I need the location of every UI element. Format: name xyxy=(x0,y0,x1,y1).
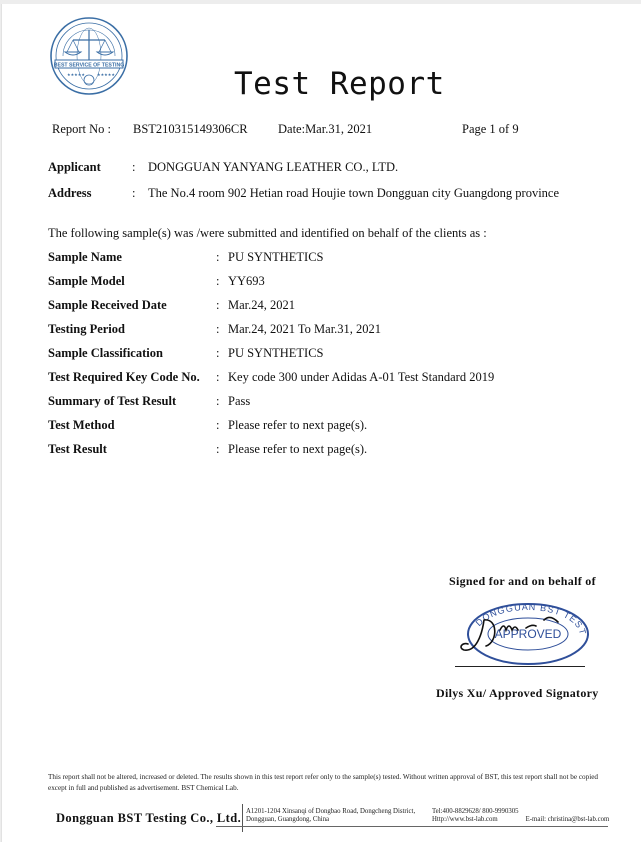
svg-text:APPROVED: APPROVED xyxy=(495,627,562,641)
signature-heading: Signed for and on behalf of xyxy=(449,574,596,589)
footer-website-link[interactable]: Http://www.bst-lab.com xyxy=(432,816,498,823)
detail-value: PU SYNTHETICS xyxy=(228,250,324,265)
approved-stamp-icon: DONGGUAN BST TESTING CO., LTD APPROVED xyxy=(454,600,596,666)
detail-colon: : xyxy=(216,274,219,289)
disclaimer-text: This report shall not be altered, increa… xyxy=(48,772,608,794)
detail-colon: : xyxy=(216,322,219,337)
detail-label: Test Method xyxy=(48,418,115,433)
address-value: The No.4 room 902 Hetian road Houjie tow… xyxy=(148,186,559,201)
footer-contact: Tel:400-8829628/ 800-9990305 Http://www.… xyxy=(432,808,609,824)
detail-value: Mar.24, 2021 To Mar.31, 2021 xyxy=(228,322,381,337)
detail-label: Sample Model xyxy=(48,274,125,289)
detail-value: Please refer to next page(s). xyxy=(228,442,367,457)
footer-address: A1201-1204 Xinsanqi of Dongbao Road, Don… xyxy=(246,808,415,824)
detail-value: Mar.24, 2021 xyxy=(228,298,295,313)
detail-colon: : xyxy=(216,250,219,265)
footer-company-name: Dongguan BST Testing Co., Ltd. xyxy=(56,811,241,826)
detail-label: Summary of Test Result xyxy=(48,394,176,409)
intro-text: The following sample(s) was /were submit… xyxy=(48,226,487,241)
bst-logo: BEST SERVICE OF TESTING ★★★★★ ★★★★★ xyxy=(49,16,129,96)
address-colon: : xyxy=(132,186,135,201)
detail-colon: : xyxy=(216,418,219,433)
signature-line xyxy=(455,666,585,667)
footer-tel: Tel:400-8829628/ 800-9990305 xyxy=(432,808,609,816)
report-page: BEST SERVICE OF TESTING ★★★★★ ★★★★★ Test… xyxy=(1,4,641,842)
applicant-label: Applicant xyxy=(48,160,101,175)
signatory-name: Dilys Xu/ Approved Signatory xyxy=(436,686,599,701)
detail-colon: : xyxy=(216,346,219,361)
detail-value: Key code 300 under Adidas A-01 Test Stan… xyxy=(228,370,494,385)
report-no-value: BST210315149306CR xyxy=(133,122,248,137)
svg-text:★★★★★: ★★★★★ xyxy=(67,72,85,77)
footer-address-line2: Dongguan, Guangdong, China xyxy=(246,816,415,824)
report-no-label: Report No : xyxy=(52,122,111,137)
page-indicator: Page 1 of 9 xyxy=(462,122,519,137)
detail-colon: : xyxy=(216,370,219,385)
svg-text:★★★★★: ★★★★★ xyxy=(97,72,115,77)
detail-colon: : xyxy=(216,442,219,457)
detail-label: Sample Classification xyxy=(48,346,163,361)
applicant-colon: : xyxy=(132,160,135,175)
svg-text:BEST SERVICE OF TESTING: BEST SERVICE OF TESTING xyxy=(54,63,125,69)
detail-label: Test Result xyxy=(48,442,107,457)
footer-divider-horizontal xyxy=(216,826,608,827)
page-title: Test Report xyxy=(234,66,445,102)
detail-value: Pass xyxy=(228,394,250,409)
footer-divider-vertical xyxy=(242,804,243,832)
detail-colon: : xyxy=(216,394,219,409)
detail-label: Test Required Key Code No. xyxy=(48,370,200,385)
footer-address-line1: A1201-1204 Xinsanqi of Dongbao Road, Don… xyxy=(246,808,415,816)
detail-label: Testing Period xyxy=(48,322,125,337)
approval-stamp: DONGGUAN BST TESTING CO., LTD APPROVED xyxy=(454,600,596,666)
detail-label: Sample Name xyxy=(48,250,122,265)
detail-label: Sample Received Date xyxy=(48,298,167,313)
address-label: Address xyxy=(48,186,92,201)
applicant-value: DONGGUAN YANYANG LEATHER CO., LTD. xyxy=(148,160,398,175)
detail-value: Please refer to next page(s). xyxy=(228,418,367,433)
detail-colon: : xyxy=(216,298,219,313)
detail-value: YY693 xyxy=(228,274,265,289)
footer-email-link[interactable]: E-mail: christina@bst-lab.com xyxy=(526,816,610,823)
detail-value: PU SYNTHETICS xyxy=(228,346,324,361)
report-date: Date:Mar.31, 2021 xyxy=(278,122,372,137)
scales-of-justice-seal-icon: BEST SERVICE OF TESTING ★★★★★ ★★★★★ xyxy=(49,16,129,96)
